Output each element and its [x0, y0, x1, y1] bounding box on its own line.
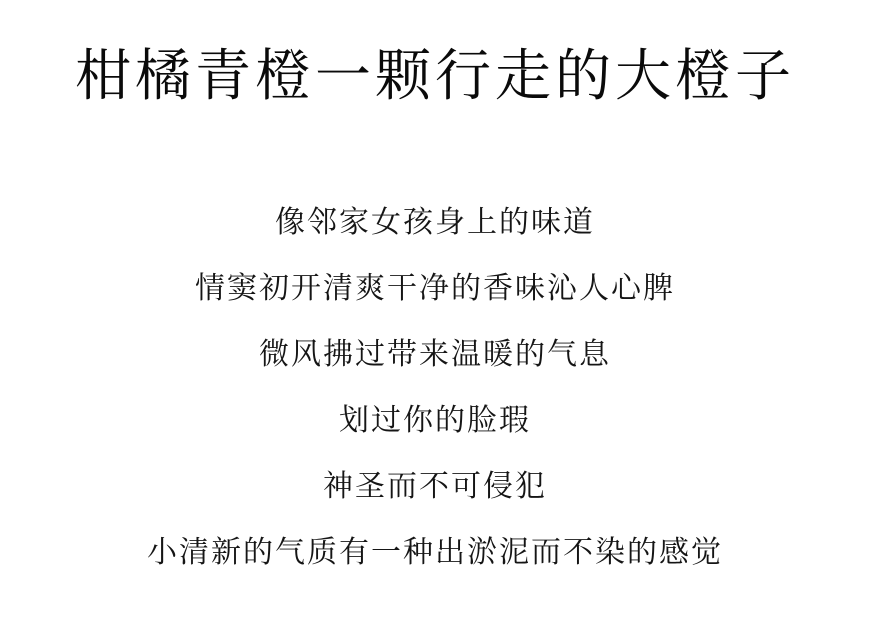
text-line: 划过你的脸瑕 [0, 401, 870, 441]
text-line: 情窦初开清爽干净的香味沁人心脾 [0, 269, 870, 309]
text-line: 微风拂过带来温暖的气息 [0, 335, 870, 375]
page-title: 柑橘青橙一颗行走的大橙子 [0, 42, 870, 112]
text-line: 神圣而不可侵犯 [0, 467, 870, 507]
text-line: 小清新的气质有一种出淤泥而不染的感觉 [0, 533, 870, 573]
text-line: 像邻家女孩身上的味道 [0, 203, 870, 243]
document-page: 柑橘青橙一颗行走的大橙子 像邻家女孩身上的味道 情窦初开清爽干净的香味沁人心脾 … [0, 0, 870, 621]
